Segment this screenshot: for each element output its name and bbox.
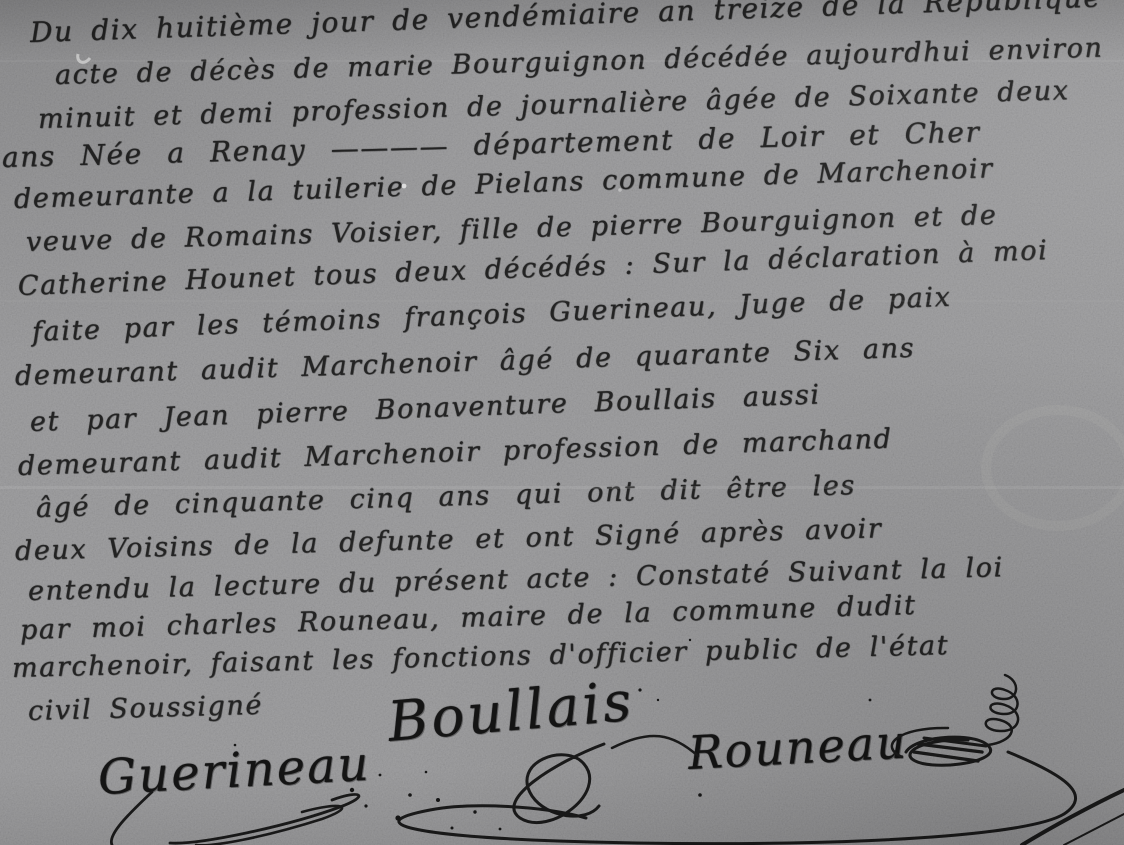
rouneau-scribble-hatch3 [924, 738, 986, 746]
boullais-connector-stroke [612, 736, 698, 756]
handwritten-line-12: âgé de cinquante cinq ans qui ont dit êt… [36, 470, 857, 524]
corner-stroke-1 [1022, 790, 1124, 845]
faint-ring-artifact [986, 410, 1124, 526]
rouneau-scribble-hatch2 [914, 752, 978, 761]
signature-guerineau: Guerineau [97, 736, 372, 806]
signature-rouneau: Rouneau [687, 715, 909, 780]
guerineau-flourish-1 [170, 794, 359, 843]
scanned-document-page: Du dix huitième jour de vendémiaire an t… [0, 0, 1124, 845]
boullais-paraph [514, 744, 604, 823]
signature-boullais: Boullais [385, 669, 636, 754]
rouneau-scribble-hatch1 [918, 744, 982, 752]
rouneau-scribble-outline [906, 737, 991, 765]
corner-stroke-2 [1064, 814, 1124, 845]
handwritten-line-17: civil Soussigné [28, 690, 264, 727]
guerineau-flourish-2 [196, 806, 342, 845]
rouneau-coil [986, 675, 1018, 745]
